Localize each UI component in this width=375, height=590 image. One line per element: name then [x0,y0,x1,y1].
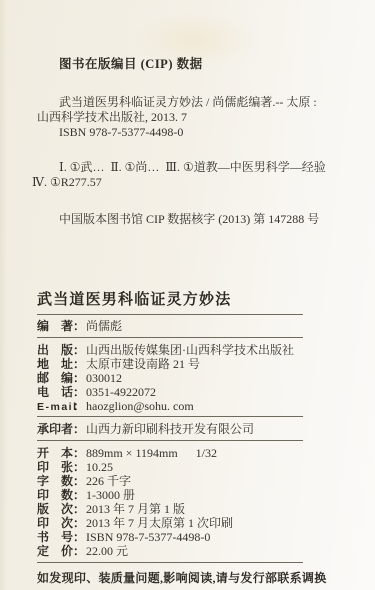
colophon-row-format: 开本：889mm × 1194mm 1/32 [37,446,303,460]
row-colon: ： [73,516,85,530]
colophon-group-specs: 开本：889mm × 1194mm 1/32 印张：10.25 字数：226 千… [37,441,303,563]
row-value: 10.25 [86,460,113,474]
page-content: 图书在版编目 (CIP) 数据 武当道医男科临证灵方妙法 / 尚儒彪编著.-- … [37,0,303,586]
cip-block: 图书在版编目 (CIP) 数据 武当道医男科临证灵方妙法 / 尚儒彪编著.-- … [37,57,303,227]
row-value: 22.00 元 [86,544,128,558]
colophon-row-wordcount: 字数：226 千字 [37,474,303,488]
divider [37,562,303,563]
colophon-row-edition: 版次：2013 年 7 月第 1 版 [37,502,303,516]
row-value: 2013 年 7 月第 1 版 [86,502,185,516]
row-colon: ： [73,544,85,558]
colophon-row-price: 定价：22.00 元 [37,544,303,558]
row-label: 承印者 [37,422,73,436]
row-label: 书号 [37,530,73,544]
row-label: 编著 [37,319,73,333]
row-colon: ： [73,422,85,436]
colophon-row-isbn: 书号：ISBN 978-7-5377-4498-0 [37,530,303,544]
colophon-row-email: E-mail：haozglion@sohu. com [37,399,303,413]
colophon-group-author: 编著：尚儒彪 [37,315,303,337]
book-title: 武当道医男科临证灵方妙法 [37,291,303,310]
row-colon: ： [73,319,85,333]
row-value: 太原市建设南路 21 号 [86,357,200,371]
row-colon: ： [73,502,85,516]
colophon-row-printrun: 印数：1-3000 册 [37,488,303,502]
row-value: 2013 年 7 月太原第 1 次印刷 [86,516,233,530]
cip-classification-line-1: Ⅰ. ①武… Ⅱ. ①尚… Ⅲ. ①道教—中医男科学—经验 [37,160,303,175]
row-label: 印张 [37,460,73,474]
row-label: 电话 [37,385,73,399]
row-colon: ： [73,343,85,357]
colophon-row-phone: 电话：0351-4922072 [37,385,303,399]
row-colon: ： [73,399,85,413]
row-value: haozglion@sohu. com [86,399,194,413]
row-colon: ： [73,460,85,474]
colophon-group-publisher: 出版：山西出版传媒集团·山西科学技术出版社 地址：太原市建设南路 21 号 邮编… [37,338,303,415]
cip-title-line: 武当道医男科临证灵方妙法 / 尚儒彪编著.-- 太原 : [37,95,303,110]
row-colon: ： [73,357,85,371]
cip-isbn-line: ISBN 978-7-5377-4498-0 [37,125,303,140]
row-value: 山西力新印刷科技开发有限公司 [86,422,254,436]
row-value: 226 千字 [86,474,131,488]
colophon-row-publisher: 出版：山西出版传媒集团·山西科学技术出版社 [37,343,303,357]
cip-record-number-line: 中国版本图书馆 CIP 数据核字 (2013) 第 147288 号 [37,212,303,227]
row-label: 邮编 [37,371,73,385]
quality-notice: 如发现印、装质量问题,影响阅读,请与发行部联系调换 [37,569,303,586]
colophon-row-impression: 印次：2013 年 7 月太原第 1 次印刷 [37,516,303,530]
row-label: 地址 [37,357,73,371]
book-copyright-page: 图书在版编目 (CIP) 数据 武当道医男科临证灵方妙法 / 尚儒彪编著.-- … [0,0,375,590]
row-colon: ： [73,488,85,502]
row-colon: ： [73,530,85,544]
row-colon: ： [73,474,85,488]
row-label: 字数 [37,474,73,488]
row-value: 0351-4922072 [86,385,156,399]
row-value: 山西出版传媒集团·山西科学技术出版社 [86,343,294,357]
row-label: 开本 [37,446,73,460]
row-colon: ： [73,446,85,460]
row-value: 1-3000 册 [86,488,135,502]
row-label: 印数 [37,488,73,502]
row-value: ISBN 978-7-5377-4498-0 [86,530,210,544]
row-label: 印次 [37,516,73,530]
cip-classification-line-2: Ⅳ. ①R277.57 [32,175,303,190]
row-label: E-mail [37,400,73,414]
row-value: 889mm × 1194mm 1/32 [86,446,217,460]
colophon-row-author: 编著：尚儒彪 [37,319,303,333]
cip-section-heading: 图书在版编目 (CIP) 数据 [37,57,303,72]
row-colon: ： [73,371,85,385]
row-colon: ： [73,385,85,399]
row-value: 030012 [86,371,122,385]
row-value: 尚儒彪 [86,319,122,333]
colophon-row-address: 地址：太原市建设南路 21 号 [37,357,303,371]
cip-publisher-line: 山西科学技术出版社, 2013. 7 [37,110,303,125]
colophon-row-printer: 承印者：山西力新印刷科技开发有限公司 [37,422,303,436]
colophon-row-postcode: 邮编：030012 [37,371,303,385]
colophon-row-sheets: 印张：10.25 [37,460,303,474]
row-label: 出版 [37,343,73,357]
row-label: 定价 [37,544,73,558]
colophon-group-printer: 承印者：山西力新印刷科技开发有限公司 [37,417,303,440]
row-label: 版次 [37,502,73,516]
